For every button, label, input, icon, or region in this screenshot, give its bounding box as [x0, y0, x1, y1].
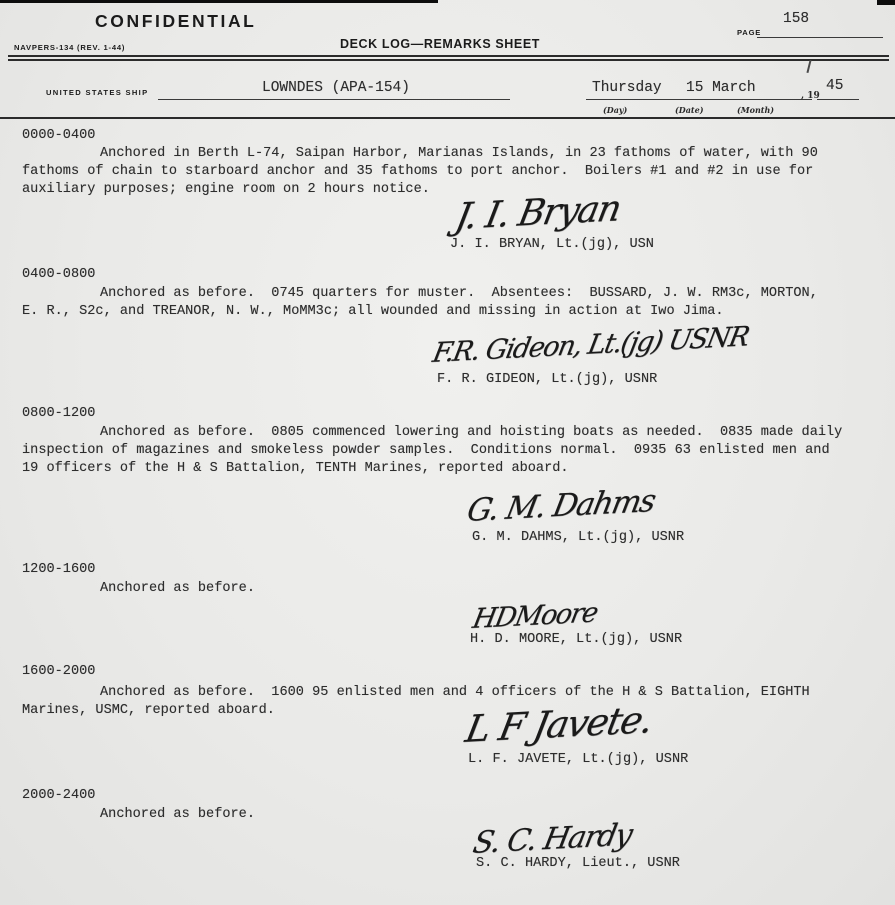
entry-time-range: 2000-2400: [22, 787, 95, 805]
log-entry-2000-2400: 2000-2400 Anchored as before. S. C. Hard…: [0, 0, 895, 905]
deck-log-remarks-sheet: CONFIDENTIAL NAVPERS-134 (REV. 1-44) DEC…: [0, 0, 895, 905]
typed-signature-name: S. C. HARDY, Lieut., USNR: [476, 855, 680, 873]
entry-text-line: Anchored as before.: [100, 806, 255, 824]
